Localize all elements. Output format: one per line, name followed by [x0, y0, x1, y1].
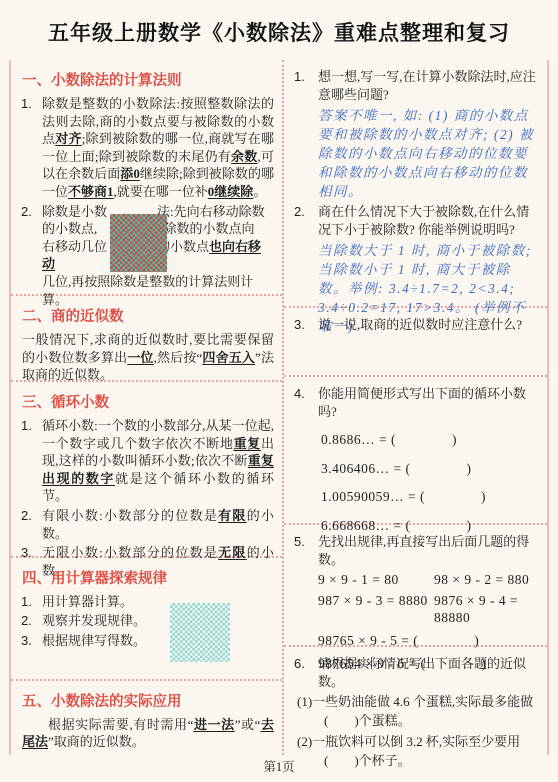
section-paragraph: 一般情况下,求商的近似数时,要比需要保留的小数位数多算出一位,然后按“四舍五入”…	[22, 331, 274, 384]
question-text: 先找出规律,再直接写出后面几题的得数。	[318, 533, 539, 568]
question-text: 你能用简便形式写出下面的循环小数吗?	[318, 385, 539, 420]
section-repeating-decimals: 三、循环小数 1. 循环小数:一个数的小数部分,从某一位起,一个数字或几个数字依…	[11, 382, 282, 558]
question-text: 请根据实际情况写出下面各题的近似数。	[318, 655, 539, 690]
left-column: 一、小数除法的计算法则 1. 除数是整数的小数除法:按照整数除法的法则去除,商的…	[11, 60, 282, 755]
section-heading: 二、商的近似数	[22, 305, 274, 326]
item-text: 用计算器计算。	[42, 593, 274, 611]
question-text: 商在什么情况下大于被除数,在什么情况下小于被除数? 你能举例说明吗?	[318, 203, 539, 238]
section-heading: 五、小数除法的实际应用	[22, 690, 274, 711]
text-fragment: 的小数点,	[42, 221, 97, 236]
section-paragraph: 根据实际需要,有时需用“进一法”或“去尾法”取商的近似数。	[22, 716, 274, 751]
equation: 987 × 9 - 3 = 8880	[318, 592, 434, 627]
equation: 9876 × 9 - 4 = 88880	[434, 592, 539, 627]
worksheet-page: 五年级上册数学《小数除法》重难点整理和复习 一、小数除法的计算法则 1. 除数是…	[0, 0, 558, 782]
item-number: 3.	[21, 632, 42, 650]
right-column: 1. 想一想,写一写,在计算小数除法时,应注意哪些问题? 答案不唯一, 如: (…	[282, 60, 547, 755]
section-calculator-patterns: 四、用计算器探索规律 1. 用计算器计算。 2. 观察并发现规律。 3. 根据规…	[11, 558, 282, 681]
equation: 1.00590059… = ( )	[321, 488, 539, 506]
item-number: 2.	[21, 507, 42, 542]
question: 1. 想一想,写一写,在计算小数除法时,应注意哪些问题? 答案不唯一, 如: (…	[294, 68, 539, 201]
question-body: 你能用简便形式写出下面的循环小数吗? 0.8686… = ( ) 3.40640…	[318, 385, 539, 535]
list-item: 1. 除数是整数的小数除法:按照整数除法的法则去除,商的小数点要与被除数的小数点…	[21, 95, 274, 201]
item-number: 2.	[21, 612, 42, 630]
equation-row: 9 × 9 - 1 = 80 98 × 9 - 2 = 880	[318, 571, 539, 589]
list-item: 1. 循环小数:一个数的小数部分,从某一位起,一个数字或几个数字依次不断地重复出…	[21, 417, 274, 505]
section-heading: 一、小数除法的计算法则	[22, 69, 274, 90]
list-item: 2. 有限小数:小数部分的位数是有限的小数。	[21, 507, 274, 542]
mosaic-censor-block	[110, 214, 167, 272]
question-number: 6.	[294, 655, 318, 690]
question-body: 想一想,写一写,在计算小数除法时,应注意哪些问题? 答案不唯一, 如: (1) …	[318, 68, 539, 201]
question-block-1-2: 1. 想一想,写一写,在计算小数除法时,应注意哪些问题? 答案不唯一, 如: (…	[284, 60, 547, 308]
worksheet-body: 一、小数除法的计算法则 1. 除数是整数的小数除法:按照整数除法的法则去除,商的…	[9, 60, 549, 755]
section-heading: 四、用计算器探索规律	[22, 567, 274, 588]
text-fragment: 右移动几位	[42, 239, 107, 254]
equation: 9 × 9 - 1 = 80	[318, 571, 434, 589]
equation: 98 × 9 - 2 = 880	[434, 571, 529, 589]
equation: 3.406406… = ( )	[321, 460, 539, 478]
list-item: 1. 用计算器计算。	[21, 593, 274, 611]
list-item: 2. 观察并发现规律。	[21, 612, 274, 630]
question-block-5: 5. 先找出规律,再直接写出后面几题的得数。 9 × 9 - 1 = 80 98…	[284, 525, 547, 647]
question-number: 1.	[294, 68, 318, 201]
item-text: 根据规律写得数。	[42, 632, 274, 650]
item-number: 1.	[21, 593, 42, 611]
item-text: 观察并发现规律。	[42, 612, 274, 630]
item-number: 1.	[21, 417, 42, 505]
item-text: 循环小数:一个数的小数部分,从某一位起,一个数字或几个数字依次不断地重复出现,这…	[42, 417, 274, 505]
mosaic-censor-block	[170, 603, 230, 662]
question: 3. 说一说,取商的近似数时应注意什么?	[294, 316, 539, 334]
question-block-4: 4. 你能用简便形式写出下面的循环小数吗? 0.8686… = ( ) 3.40…	[284, 377, 547, 525]
section-quotient-approximation: 二、商的近似数 一般情况下,求商的近似数时,要比需要保留的小数位数多算出一位,然…	[11, 296, 282, 382]
question-block-3: 3. 说一说,取商的近似数时应注意什么?	[284, 308, 547, 377]
text-fragment: 法:先向右移动除数	[157, 204, 265, 219]
item-number: 2.	[21, 203, 42, 309]
page-footer: 第1页	[0, 757, 558, 775]
text-fragment: 除数是小数	[42, 204, 107, 219]
equation-row: 987 × 9 - 3 = 8880 9876 × 9 - 4 = 88880	[318, 592, 539, 627]
question-body: 请根据实际情况写出下面各题的近似数。	[318, 655, 539, 690]
section-practical-application: 五、小数除法的实际应用 根据实际需要,有时需用“进一法”或“去尾法”取商的近似数…	[11, 681, 282, 755]
page-title: 五年级上册数学《小数除法》重难点整理和复习	[0, 17, 558, 47]
item-text: 除数是整数的小数除法:按照整数除法的法则去除,商的小数点要与被除数的小数点对齐;…	[42, 95, 274, 201]
item-number: 1.	[21, 95, 42, 201]
question: 4. 你能用简便形式写出下面的循环小数吗? 0.8686… = ( ) 3.40…	[294, 385, 539, 535]
handwritten-answer: 答案不唯一, 如: (1) 商的小数点要和被除数的小数点对齐; (2) 被除数的…	[318, 106, 539, 201]
question: 6. 请根据实际情况写出下面各题的近似数。	[294, 655, 539, 690]
list-item: 3. 根据规律写得数。	[21, 632, 274, 650]
question-number: 3.	[294, 316, 318, 334]
question-body: 说一说,取商的近似数时应注意什么?	[318, 316, 539, 334]
question-block-6: 6. 请根据实际情况写出下面各题的近似数。 (1)一些奶油能做 4.6 个蛋糕,…	[284, 647, 547, 774]
item-text: 有限小数:小数部分的位数是有限的小数。	[42, 507, 274, 542]
question-text: 想一想,写一写,在计算小数除法时,应注意哪些问题?	[318, 68, 539, 103]
question-number: 4.	[294, 385, 318, 535]
section-heading: 三、循环小数	[22, 391, 274, 412]
equation: 0.8686… = ( )	[321, 431, 539, 449]
sub-question: (1)一些奶油能做 4.6 个蛋糕,实际最多能做( )个蛋糕。	[297, 692, 539, 730]
question-text: 说一说,取商的近似数时应注意什么?	[318, 316, 539, 334]
